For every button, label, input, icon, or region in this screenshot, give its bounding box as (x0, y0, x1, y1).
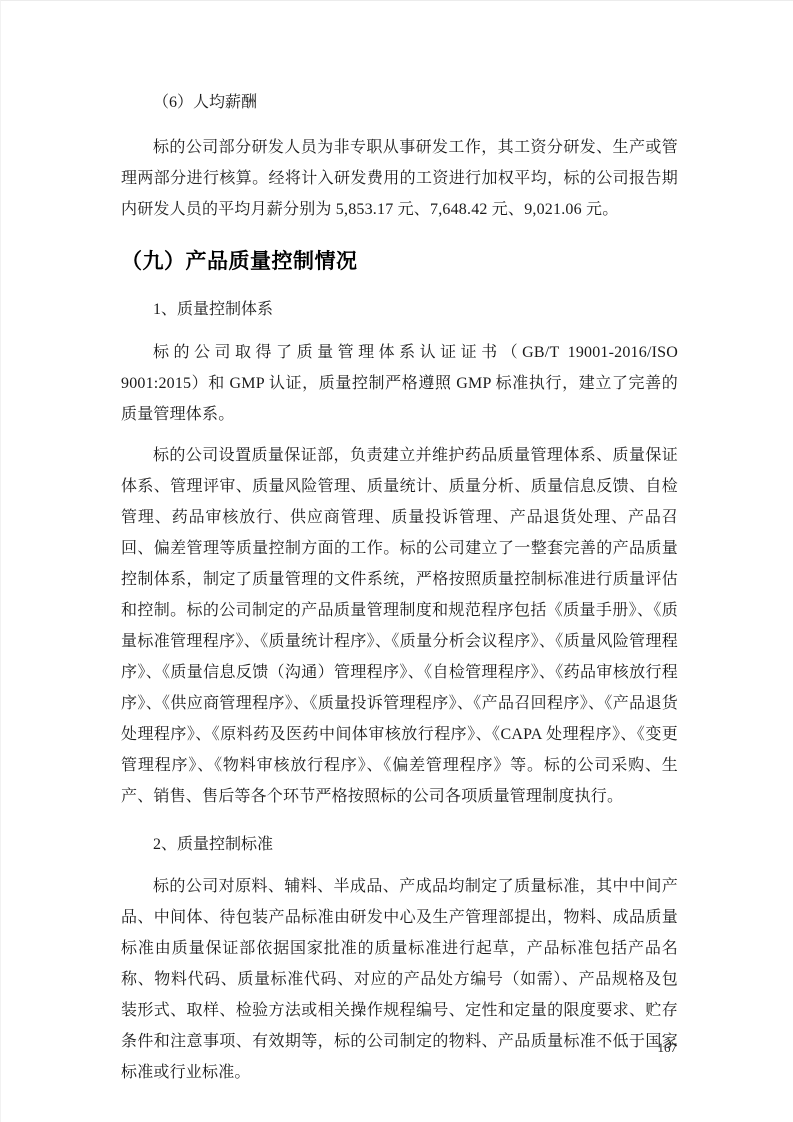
subsection-6-heading: （6）人均薪酬 (121, 87, 678, 118)
subsection-2-heading: 2、质量控制标准 (121, 829, 678, 860)
paragraph-certification: 标的公司取得了质量管理体系认证证书（GB/T 19001-2016/ISO 90… (121, 337, 678, 430)
document-page: （6）人均薪酬 标的公司部分研发人员为非专职从事研发工作，其工资分研发、生产或管… (0, 0, 793, 1122)
section-9-heading: （九）产品质量控制情况 (121, 245, 678, 279)
paragraph-quality-standard: 标的公司对原料、辅料、半成品、产成品均制定了质量标准，其中中间产品、中间体、待包… (121, 871, 678, 1088)
page-number: 167 (658, 1040, 678, 1056)
subsection-1-heading: 1、质量控制体系 (121, 294, 678, 325)
paragraph-quality-system: 标的公司设置质量保证部，负责建立并维护药品质量管理体系、质量保证体系、管理评审、… (121, 440, 678, 812)
paragraph-average-salary: 标的公司部分研发人员为非专职从事研发工作，其工资分研发、生产或管理两部分进行核算… (121, 132, 678, 225)
page-content: （6）人均薪酬 标的公司部分研发人员为非专职从事研发工作，其工资分研发、生产或管… (121, 87, 678, 1088)
